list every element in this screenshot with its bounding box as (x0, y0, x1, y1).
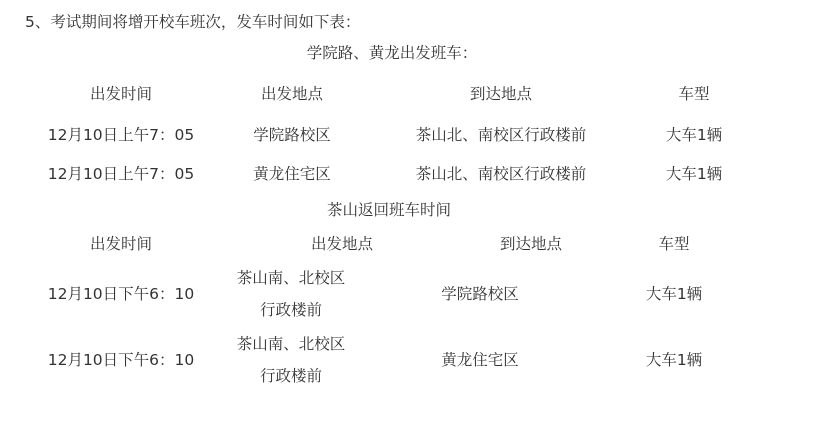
departure-place-line2: 行政楼前 (260, 300, 322, 320)
departure-time-cell: 12月10日下午6：10 (48, 350, 195, 370)
arrival-place-cell: 茶山北、南校区行政楼前 (416, 164, 587, 184)
vehicle-type-cell: 大车1辆 (666, 164, 722, 184)
header-departure-place: 出发地点 (311, 234, 373, 254)
header-departure-place: 出发地点 (261, 84, 323, 104)
header-arrival-place: 到达地点 (470, 84, 532, 104)
table2-title: 茶山返回班车时间 (327, 200, 451, 220)
departure-place-line1: 茶山南、北校区 (237, 268, 346, 288)
departure-place-line1: 茶山南、北校区 (237, 334, 346, 354)
arrival-place-cell: 茶山北、南校区行政楼前 (416, 125, 587, 145)
vehicle-type-cell: 大车1辆 (646, 350, 702, 370)
departure-time-cell: 12月10日上午7：05 (48, 125, 195, 145)
header-departure-time: 出发时间 (90, 84, 152, 104)
departure-place-cell: 黄龙住宅区 (253, 164, 331, 184)
header-vehicle-type: 车型 (658, 234, 689, 254)
vehicle-type-cell: 大车1辆 (646, 284, 702, 304)
header-departure-time: 出发时间 (90, 234, 152, 254)
departure-place-cell: 学院路校区 (253, 125, 331, 145)
departure-time-cell: 12月10日下午6：10 (48, 284, 195, 304)
header-arrival-place: 到达地点 (500, 234, 562, 254)
arrival-place-cell: 黄龙住宅区 (441, 350, 519, 370)
departure-time-cell: 12月10日上午7：05 (48, 164, 195, 184)
arrival-place-cell: 学院路校区 (441, 284, 519, 304)
intro-paragraph: 5、考试期间将增开校车班次，发车时间如下表： (25, 12, 360, 32)
table1-title: 学院路、黄龙出发班车： (307, 43, 478, 63)
vehicle-type-cell: 大车1辆 (666, 125, 722, 145)
header-vehicle-type: 车型 (678, 84, 709, 104)
departure-place-line2: 行政楼前 (260, 366, 322, 386)
